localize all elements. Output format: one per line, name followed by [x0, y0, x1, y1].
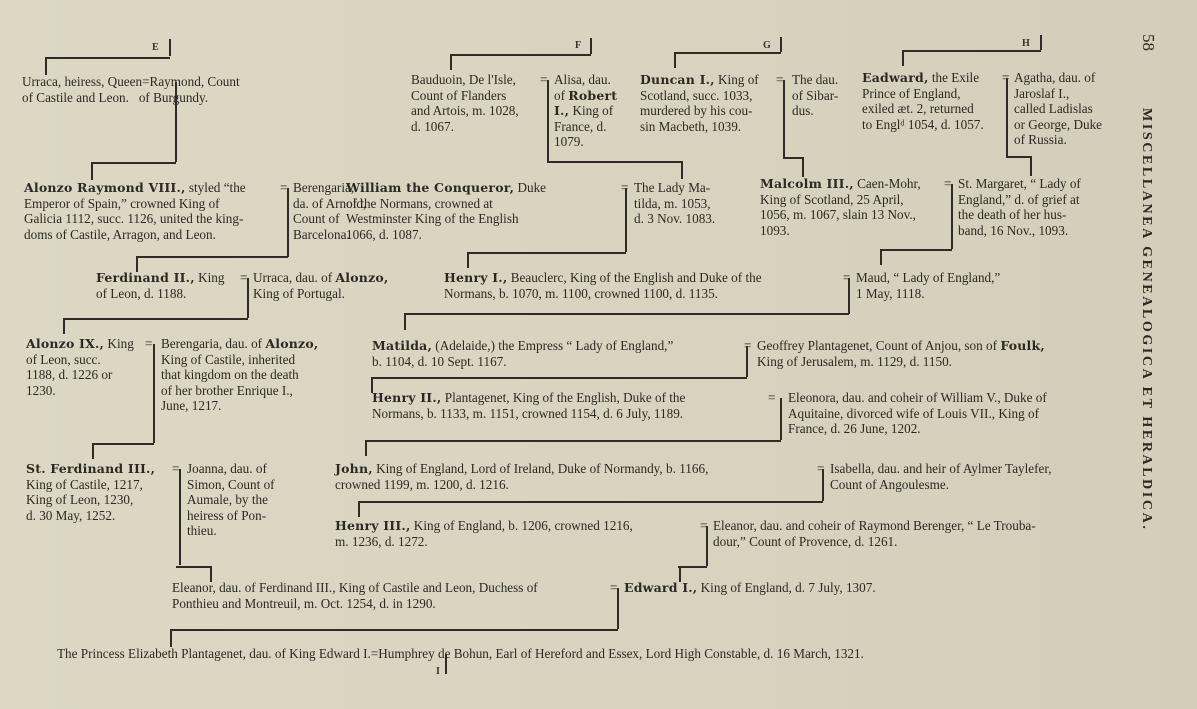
marriage-sign: = [145, 336, 152, 352]
person-alisa: Alisa, dau. of Robert I., King of France… [554, 72, 617, 150]
descent-line [951, 184, 953, 249]
connector [783, 157, 803, 159]
person-matilda-empress: Matilda, (Adelaide,) the Empress “ Lady … [372, 338, 673, 369]
person-william: William the Conqueror, Duke of the Norma… [346, 180, 546, 242]
person-urraca-portugal: Urraca, dau. of Alonzo, King of Portugal… [253, 270, 388, 301]
connector [1030, 156, 1032, 176]
person-elizabeth: The Princess Elizabeth Plantagenet, dau.… [57, 646, 864, 662]
connector [590, 38, 592, 54]
connector [404, 313, 406, 330]
connector [450, 54, 591, 56]
connector [92, 443, 154, 445]
connector [674, 52, 781, 54]
person-henry-iii: Henry III., King of England, b. 1206, cr… [335, 518, 633, 549]
descent-line [547, 80, 549, 161]
descent-line [1006, 78, 1008, 156]
person-eleanor-castile: Eleanor, dau. of Ferdinand III., King of… [172, 580, 538, 611]
descent-line [625, 188, 627, 252]
person-st-ferdinand: St. Ferdinand III., King of Castile, 121… [26, 461, 155, 523]
connector [802, 157, 804, 177]
connector [467, 252, 626, 254]
connector [63, 318, 65, 334]
person-edward-i: Edward I., King of England, d. 7 July, 1… [624, 580, 876, 596]
descent-line [780, 398, 782, 440]
branch-label-g: G [763, 40, 771, 51]
descent-line [746, 346, 748, 377]
person-eleanor-provence: Eleanor, dau. and coheir of Raymond Bere… [713, 518, 1036, 549]
person-isabella: Isabella, dau. and heir of Aylmer Taylef… [830, 461, 1052, 492]
branch-label-i: I [436, 666, 440, 677]
genealogy-page: 58 MISCELLANEA GENEALOGICA ET HERALDICA.… [0, 0, 1197, 709]
connector [170, 629, 172, 647]
person-berengaria-castile: Berengaria, dau. of Alonzo, King of Cast… [161, 336, 318, 414]
connector [678, 566, 707, 568]
connector [404, 313, 849, 315]
connector [365, 440, 781, 442]
connector [45, 57, 47, 75]
person-ferdinand-ii: Ferdinand II., King of Leon, d. 1188. [96, 270, 224, 301]
connector [880, 249, 952, 251]
descent-line [287, 188, 289, 257]
descent-line [848, 278, 850, 314]
connector [450, 54, 452, 70]
person-agatha: Agatha, dau. of Jaroslaf I., called Ladi… [1014, 70, 1102, 148]
connector [681, 161, 683, 179]
descent-line [175, 82, 177, 162]
connector [780, 37, 782, 52]
person-john: John, King of England, Lord of Ireland, … [335, 461, 708, 492]
connector [91, 162, 93, 180]
connector [1040, 35, 1042, 50]
person-alonzo-ix: Alonzo IX., King of Leon, succ. 1188, d.… [26, 336, 134, 398]
descent-line [153, 344, 155, 443]
person-sibardus-dau: The dau. of Sibar- dus. [792, 72, 838, 119]
connector [358, 501, 823, 503]
person-eleonora: Eleonora, dau. and coheir of William V.,… [788, 390, 1047, 437]
person-henry-ii: Henry II., Plantagenet, King of the Engl… [372, 390, 685, 421]
person-st-margaret: St. Margaret, “ Lady of England,” d. of … [958, 176, 1081, 238]
connector [92, 443, 94, 459]
connector [880, 249, 882, 265]
descent-line [783, 80, 785, 157]
connector [365, 440, 367, 456]
connector [63, 318, 248, 320]
connector [902, 50, 1041, 52]
connector [358, 501, 360, 517]
person-malcolm: Malcolm III., Caen-Mohr, King of Scotlan… [760, 176, 921, 238]
connector [170, 629, 618, 631]
connector [371, 377, 747, 379]
person-urraca: Urraca, heiress, Queen=Raymond, Count of… [22, 74, 240, 105]
person-joanna: Joanna, dau. of Simon, Count of Aumale, … [187, 461, 275, 539]
branch-label-e: E [152, 42, 159, 53]
connector [136, 256, 288, 258]
person-duncan: Duncan I., King of Scotland, succ. 1033,… [640, 72, 759, 134]
person-bauduoin: Bauduoin, De l'Isle, Count of Flanders a… [411, 72, 519, 134]
person-matilda-lady: The Lady Ma- tilda, m. 1053, d. 3 Nov. 1… [634, 180, 715, 227]
connector [176, 566, 211, 568]
connector [547, 161, 682, 163]
running-title: MISCELLANEA GENEALOGICA ET HERALDICA. [1138, 108, 1154, 531]
marriage-sign: = [768, 390, 775, 406]
connector [1006, 156, 1030, 158]
person-maud: Maud, “ Lady of England,” 1 May, 1118. [856, 270, 1000, 301]
connector [674, 52, 676, 68]
person-geoffrey: Geoffrey Plantagenet, Count of Anjou, so… [757, 338, 1045, 369]
page-number: 58 [1138, 34, 1158, 51]
branch-label-f: F [575, 40, 581, 51]
connector [902, 50, 904, 66]
branch-label-h: H [1022, 38, 1030, 49]
descent-line [617, 588, 619, 629]
person-eadward: Eadward, the Exile Prince of England, ex… [862, 70, 984, 132]
descent-line [445, 654, 447, 674]
descent-line [179, 469, 181, 565]
connector [467, 252, 469, 268]
connector [91, 162, 176, 164]
descent-line [822, 469, 824, 501]
person-alonzo-raymond: Alonzo Raymond VIII., styled “the Empero… [24, 180, 246, 242]
descent-line [706, 526, 708, 566]
person-henry-i: Henry I., Beauclerc, King of the English… [444, 270, 762, 301]
connector [169, 39, 171, 56]
connector [45, 57, 170, 59]
descent-line [247, 278, 249, 318]
